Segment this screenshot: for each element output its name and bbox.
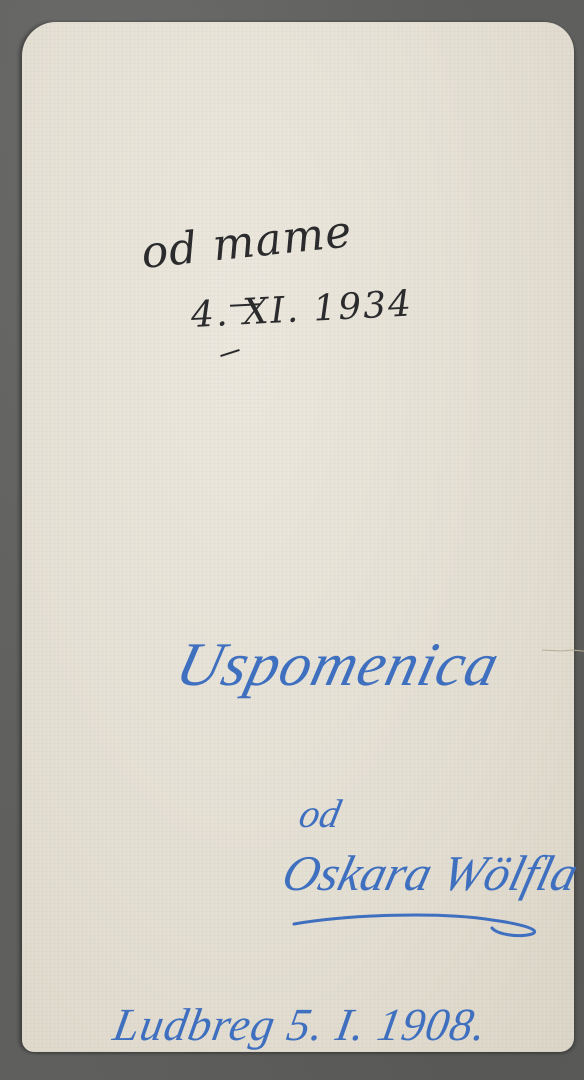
inscription-from: od: [296, 794, 345, 834]
inscription-title: Uspomenica: [170, 634, 505, 696]
pencil-note-date: 4. XI. 1934: [190, 286, 414, 334]
roman-numeral-underline: [220, 349, 240, 357]
inscription-signature: Oskara Wölfla: [278, 848, 584, 898]
inscription-place-date: Ludbreg 5. I. 1908.: [110, 1002, 491, 1048]
signature-flourish-icon: [292, 912, 544, 940]
pencil-note-line1: od mame: [139, 210, 354, 276]
keepsake-card: od mame 4. XI. 1934 Uspomenica od Oskara…: [22, 22, 574, 1052]
card-crease-mark: [542, 649, 584, 653]
